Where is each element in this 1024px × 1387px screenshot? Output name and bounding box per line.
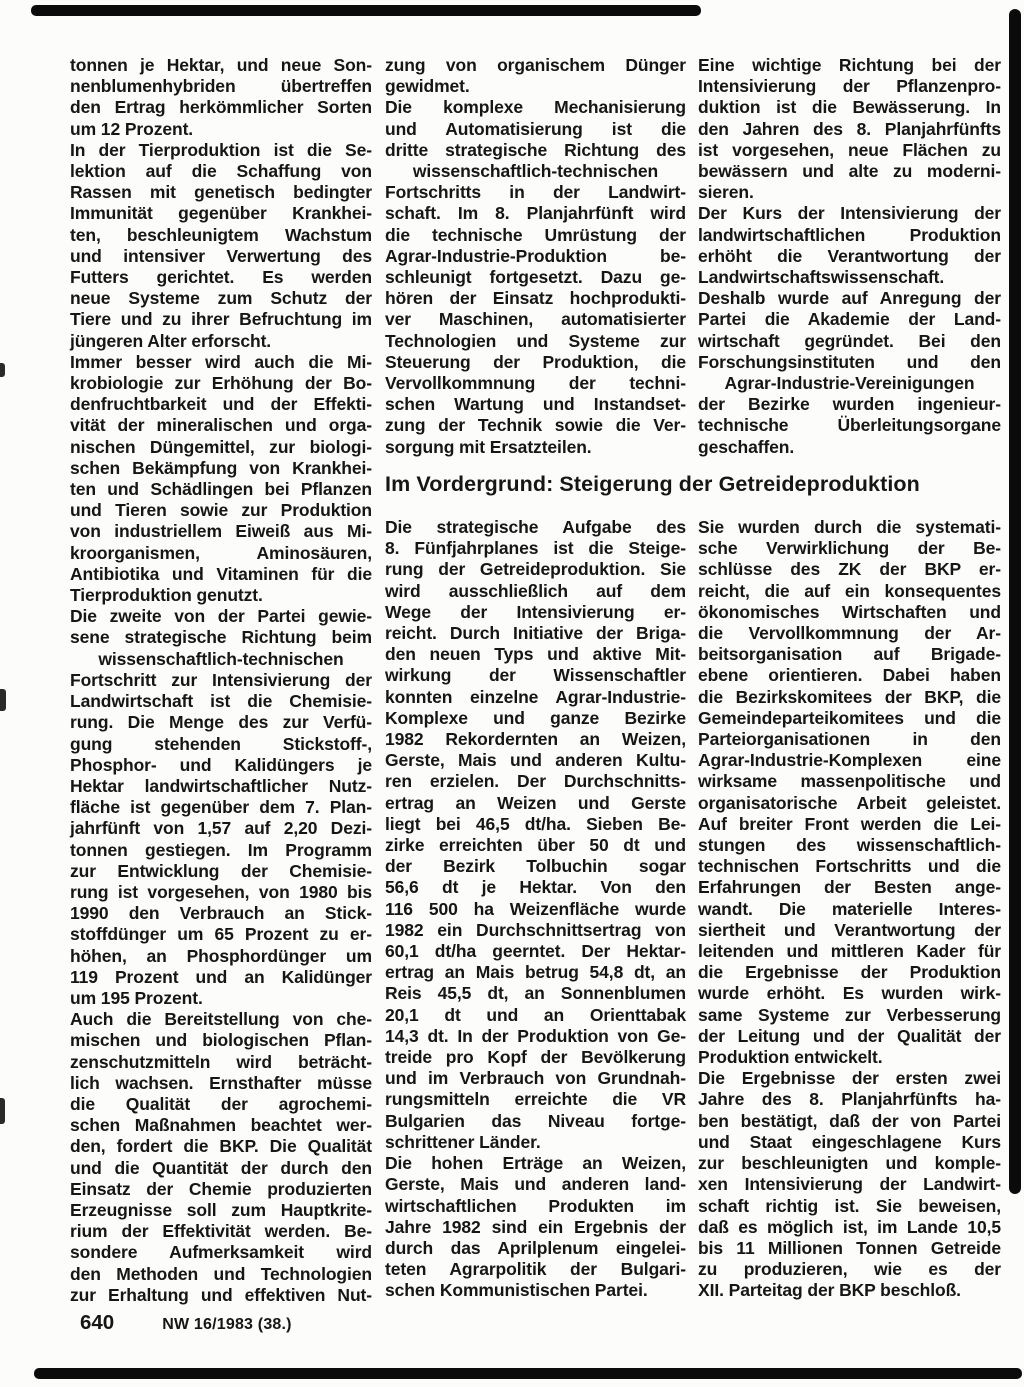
text-line: schleunigt fortgesetzt. Dazu ge- [385,267,686,288]
text-line: sieren. [698,182,1001,203]
text-line: Bulgarien das Niveau fortge- [385,1111,686,1132]
text-line: reicht. Durch Initiative der Briga- [385,623,686,644]
paragraph: In der Tierproduktion ist die Se-lektion… [70,140,372,352]
text-line: Landwirtschaftswissenschaft. [698,267,1001,288]
text-line: Wege der Intensivierung er- [385,602,686,623]
text-line: Technologien und Systeme zur [385,331,686,352]
text-column-2-lower: Die strategische Aufgabe des8. Fünfjahrp… [385,517,686,1302]
text-line: Deshalb wurde auf Anregung der [698,288,1001,309]
text-line: stoffdünger um 65 Prozent zu er- [70,924,372,945]
text-line: neue Systeme zum Schutz der [70,288,372,309]
text-line: mischen und biologischen Pflan- [70,1030,372,1051]
text-line: schen Maßnahmen beachtet wer- [70,1115,372,1136]
text-line: dritte strategische Richtung des [385,140,686,161]
text-line: und Staat eingeschlagene Kurs [698,1132,1001,1153]
text-line: erhöht die Verantwortung der [698,246,1001,267]
text-line: wirksame massenpolitische und [698,771,1001,792]
text-line: technische Überleitungsorgane [698,415,1001,436]
text-line: die Qualität der agrochemi- [70,1094,372,1115]
text-line: Vervollkommnung der techni- [385,373,686,394]
text-line: 20,1 dt und an Orienttabak [385,1005,686,1026]
text-line: Gemeindeparteikomitees und die [698,708,1001,729]
text-column-3-upper: Eine wichtige Richtung bei derIntensivie… [698,55,1001,458]
text-line: schen Bekämpfung von Krankhei- [70,458,372,479]
text-line: 8. Fünfjahrplanes ist die Steige- [385,538,686,559]
text-column-2-upper: zung von organischem Düngergewidmet.Die … [385,55,686,458]
text-line: Die komplexe Mechanisierung [385,97,686,118]
text-line: wirtschaftlichen Produkten im [385,1196,686,1217]
scan-edge-artifact-bottom [34,1368,1022,1379]
text-line: ren erzielen. Der Durchschnitts- [385,771,686,792]
text-line: Landwirtschaft ist die Chemisie- [70,691,372,712]
text-line: sondere Aufmerksamkeit wird [70,1242,372,1263]
text-line: Eine wichtige Richtung bei der [698,55,1001,76]
text-line: tonnen gestiegen. Im Programm [70,840,372,861]
text-line: ebene orientieren. Dabei haben [698,665,1001,686]
text-line: Die hohen Erträge an Weizen, [385,1153,686,1174]
text-line: die Vervollkommnung der Ar- [698,623,1001,644]
text-line: Sie wurden durch die systemati- [698,517,1001,538]
paragraph: Die strategische Aufgabe des8. Fünfjahrp… [385,517,686,1153]
text-line: kroorganismen, Aminosäuren, [70,543,372,564]
scan-edge-mark [0,689,6,711]
text-line: und Tieren sowie zur Produktion [70,500,372,521]
text-line: 1982 ein Durchschnittsertrag von [385,920,686,941]
text-line: zung der Technik sowie die Ver- [385,415,686,436]
text-line: Der Kurs der Intensivierung der [698,203,1001,224]
text-line: Intensivierung der Pflanzenpro- [698,76,1001,97]
paragraph: tonnen je Hektar, und neue Son-nenblumen… [70,55,372,140]
text-line: rung. Die Menge des zur Verfü- [70,712,372,733]
text-line: XII. Parteitag der BKP beschloß. [698,1280,1001,1301]
text-line: wissenschaftlich-technischen [385,161,686,182]
text-line: Die strategische Aufgabe des [385,517,686,538]
section-heading: Im Vordergrund: Steigerung der Getreidep… [385,471,1015,498]
text-line: Die zweite von der Partei gewie- [70,606,372,627]
text-line: treide pro Kopf der Bevölkerung [385,1047,686,1068]
text-line: xen Intensivierung der Landwirt- [698,1174,1001,1195]
text-line: zenschutzmitteln wird beträcht- [70,1052,372,1073]
text-column-1: tonnen je Hektar, und neue Son-nenblumen… [70,55,372,1306]
text-line: zung von organischem Dünger [385,55,686,76]
text-line: Auf breiter Front werden die Lei- [698,814,1001,835]
text-line: 56,6 dt je Hektar. Von den [385,877,686,898]
text-line: Agrar-Industrie-Produktion be- [385,246,686,267]
text-line: vität der mineralischen und orga- [70,415,372,436]
text-line: 1990 den Verbrauch an Stick- [70,903,372,924]
text-line: same Systeme zur Verbesserung [698,1005,1001,1026]
text-line: wirtschaft gegründet. Bei den [698,331,1001,352]
text-line: Tierproduktion genutzt. [70,585,372,606]
text-line: technischen Fortschritts und die [698,856,1001,877]
text-line: reicht, die auf ein konsequentes [698,581,1001,602]
text-line: lektion auf die Schaffung von [70,161,372,182]
text-line: ten, beschleunigtem Wachstum [70,225,372,246]
text-line: und im Verbrauch von Grundnah- [385,1068,686,1089]
text-line: ben bestätigt, daß der von Partei [698,1111,1001,1132]
text-line: den Methoden und Technologien [70,1264,372,1285]
text-line: höhen, an Phosphordünger um [70,946,372,967]
text-line: schen Wartung und Instandset- [385,394,686,415]
text-line: Fortschritts in der Landwirt- [385,182,686,203]
text-line: wirkung der Wissenschaftler [385,665,686,686]
text-line: krobiologie zur Erhöhung der Bo- [70,373,372,394]
paragraph: Der Kurs der Intensivierung derlandwirts… [698,203,1001,288]
text-line: Immer besser wird auch die Mi- [70,352,372,373]
text-line: und Automatisierung ist die [385,119,686,140]
text-line: Komplexe und ganze Bezirke [385,708,686,729]
text-line: ver Maschinen, automatisierter [385,309,686,330]
text-line: den Jahren des 8. Planjahrfünfts [698,119,1001,140]
text-line: rium der Effektivität werden. Be- [70,1221,372,1242]
text-line: wandt. Die materielle Interes- [698,899,1001,920]
text-line: gung stehenden Stickstoff-, [70,734,372,755]
text-line: rung ist vorgesehen, von 1980 bis [70,882,372,903]
text-line: zirke erreichten über 50 dt und [385,835,686,856]
text-line: Parteiorganisationen in den [698,729,1001,750]
text-line: denfruchtbarkeit und der Effekti- [70,394,372,415]
text-line: duktion ist die Bewässerung. In [698,97,1001,118]
text-line: ertrag an Weizen und Gerste [385,793,686,814]
text-line: die Ergebnisse der Produktion [698,962,1001,983]
text-line: Rassen mit genetisch bedingter [70,182,372,203]
scanned-magazine-page: tonnen je Hektar, und neue Son-nenblumen… [0,0,1024,1387]
text-line: hören der Einsatz hochprodukti- [385,288,686,309]
text-line: liegt bei 46,5 dt/ha. Sieben Be- [385,814,686,835]
text-column-3-lower: Sie wurden durch die systemati-sche Verw… [698,517,1001,1302]
text-line: geschaffen. [698,437,1001,458]
text-line: um 12 Prozent. [70,119,372,140]
text-line: wird ausschließlich auf dem [385,581,686,602]
scan-edge-mark [0,363,5,377]
text-line: ten und Schädlingen bei Pflanzen [70,479,372,500]
text-line: jüngeren Alter erforscht. [70,331,372,352]
text-line: lich wachsen. Ernsthafter müsse [70,1073,372,1094]
text-line: jahrfünft von 1,57 auf 2,20 Dezi- [70,818,372,839]
text-line: 116 500 ha Weizenfläche wurde [385,899,686,920]
text-line: rung der Getreideproduktion. Sie [385,559,686,580]
scan-edge-artifact-right [1009,9,1021,1194]
text-line: von industriellem Eiweiß aus Mi- [70,521,372,542]
text-line: Agrar-Industrie-Vereinigungen [698,373,1001,394]
scan-edge-mark [0,1098,5,1124]
text-line: Agrar-Industrie-Komplexen eine [698,750,1001,771]
text-line: zur Erhaltung und effektiven Nut- [70,1285,372,1306]
text-line: gewidmet. [385,76,686,97]
text-line: organisatorische Arbeit geleistet. [698,793,1001,814]
text-line: ist vorgesehen, neue Flächen zu [698,140,1001,161]
text-line: sorgung mit Ersatzteilen. [385,437,686,458]
text-line: teten Agrarpolitik der Bulgari- [385,1259,686,1280]
text-line: zu produzieren, wie es der [698,1259,1001,1280]
page-number: 640 [80,1311,114,1335]
text-line: der Bezirk Tolbuchin sogar [385,856,686,877]
paragraph: Eine wichtige Richtung bei derIntensivie… [698,55,1001,203]
text-line: Tiere und zu ihrer Befruchtung im [70,309,372,330]
text-line: 1982 Rekordernten an Weizen, [385,729,686,750]
paragraph: Die hohen Erträge an Weizen,Gerste, Mais… [385,1153,686,1301]
text-line: Einsatz der Chemie produzierten [70,1179,372,1200]
scan-edge-artifact-top [31,5,701,16]
text-line: landwirtschaftlichen Produktion [698,225,1001,246]
text-line: konnten einzelne Agrar-Industrie- [385,687,686,708]
paragraph: Immer besser wird auch die Mi-krobiologi… [70,352,372,606]
text-line: durch das Aprilplenum eingelei- [385,1238,686,1259]
text-line: und die Quantität der durch den [70,1158,372,1179]
text-line: die technische Umrüstung der [385,225,686,246]
text-line: den neuen Typs und aktive Mit- [385,644,686,665]
text-line: Die Ergebnisse der ersten zwei [698,1068,1001,1089]
text-line: 14,3 dt. In der Produktion von Ge- [385,1026,686,1047]
text-line: Reis 45,5 dt, an Sonnenblumen [385,983,686,1004]
text-line: Antibiotika und Vitaminen für die [70,564,372,585]
text-line: Jahre des 8. Planjahrfünfts ha- [698,1089,1001,1110]
text-line: um 195 Prozent. [70,988,372,1009]
text-line: Jahre 1982 sind ein Ergebnis der [385,1217,686,1238]
text-line: schrittener Länder. [385,1132,686,1153]
text-line: ertrag an Mais betrug 54,8 dt, an [385,962,686,983]
text-line: Fortschritt zur Intensivierung der [70,670,372,691]
text-line: zur beschleunigten und komple- [698,1153,1001,1174]
text-line: den Ertrag herkömmlicher Sorten [70,97,372,118]
text-line: Futters gerichtet. Es werden [70,267,372,288]
paragraph: Deshalb wurde auf Anregung derPartei die… [698,288,1001,458]
text-line: die Bezirkskomitees der BKP, die [698,687,1001,708]
text-line: leitenden und mittleren Kader für [698,941,1001,962]
text-line: beitsorganisation auf Brigade- [698,644,1001,665]
text-line: 60,1 dt/ha geerntet. Der Hektar- [385,941,686,962]
text-line: schen Kommunistischen Partei. [385,1280,686,1301]
text-line: daß es möglich ist, im Lande 10,5 [698,1217,1001,1238]
paragraph: Auch die Bereitstellung von che-mischen … [70,1009,372,1306]
text-line: stungen des wissenschaftlich- [698,835,1001,856]
text-line: tonnen je Hektar, und neue Son- [70,55,372,76]
issue-info: NW 16/1983 (38.) [162,1316,291,1334]
text-line: 119 Prozent und an Kalidünger [70,967,372,988]
text-line: Hektar landwirtschaftlicher Nutz- [70,776,372,797]
text-line: Produktion entwickelt. [698,1047,1001,1068]
text-line: fläche ist gegenüber dem 7. Plan- [70,797,372,818]
text-line: Gerste, Mais und anderen Kultu- [385,750,686,771]
text-line: Gerste, Mais und anderen land- [385,1174,686,1195]
text-line: Erzeugnisse soll zum Hauptkrite- [70,1200,372,1221]
text-line: Forschungsinstituten und den [698,352,1001,373]
text-line: In der Tierproduktion ist die Se- [70,140,372,161]
text-line: nischen Düngemittel, zur biologi- [70,437,372,458]
text-line: wurde erhöht. Es wurden wirk- [698,983,1001,1004]
paragraph: Die komplexe Mechanisierungund Automatis… [385,97,686,457]
text-line: sene strategische Richtung beim [70,627,372,648]
text-line: rungsmitteln erreichte die VR [385,1089,686,1110]
text-line: Phosphor- und Kalidüngers je [70,755,372,776]
text-line: und intensiver Verwertung des [70,246,372,267]
text-line: der Bezirke wurden ingenieur- [698,394,1001,415]
text-line: schlüsse des ZK der BKP er- [698,559,1001,580]
paragraph: Sie wurden durch die systemati-sche Verw… [698,517,1001,1068]
text-line: ökonomisches Wirtschaften und [698,602,1001,623]
text-line: sche Verwirklichung der Be- [698,538,1001,559]
text-line: nenblumenhybriden übertreffen [70,76,372,97]
text-line: Erfahrungen der Besten ange- [698,877,1001,898]
text-line: Immunität gegenüber Krankhei- [70,203,372,224]
text-line: wissenschaftlich-technischen [70,649,372,670]
text-line: schaft richtig ist. Sie beweisen, [698,1196,1001,1217]
text-line: siertheit und Verantwortung der [698,920,1001,941]
paragraph: zung von organischem Düngergewidmet. [385,55,686,97]
text-line: der Leitung und der Qualität der [698,1026,1001,1047]
text-line: Steuerung der Produktion, die [385,352,686,373]
text-line: zur Entwicklung der Chemisie- [70,861,372,882]
paragraph: Die zweite von der Partei gewie-sene str… [70,606,372,1009]
text-line: schaft. Im 8. Planjahrfünft wird [385,203,686,224]
text-line: bewässern und alte zu moderni- [698,161,1001,182]
paragraph: Die Ergebnisse der ersten zweiJahre des … [698,1068,1001,1301]
page-footer: 640 NW 16/1983 (38.) [80,1311,292,1335]
text-line: den, fordert die BKP. Die Qualität [70,1136,372,1157]
text-line: Partei die Akademie der Land- [698,309,1001,330]
text-line: bis 11 Millionen Tonnen Getreide [698,1238,1001,1259]
text-line: Auch die Bereitstellung von che- [70,1009,372,1030]
